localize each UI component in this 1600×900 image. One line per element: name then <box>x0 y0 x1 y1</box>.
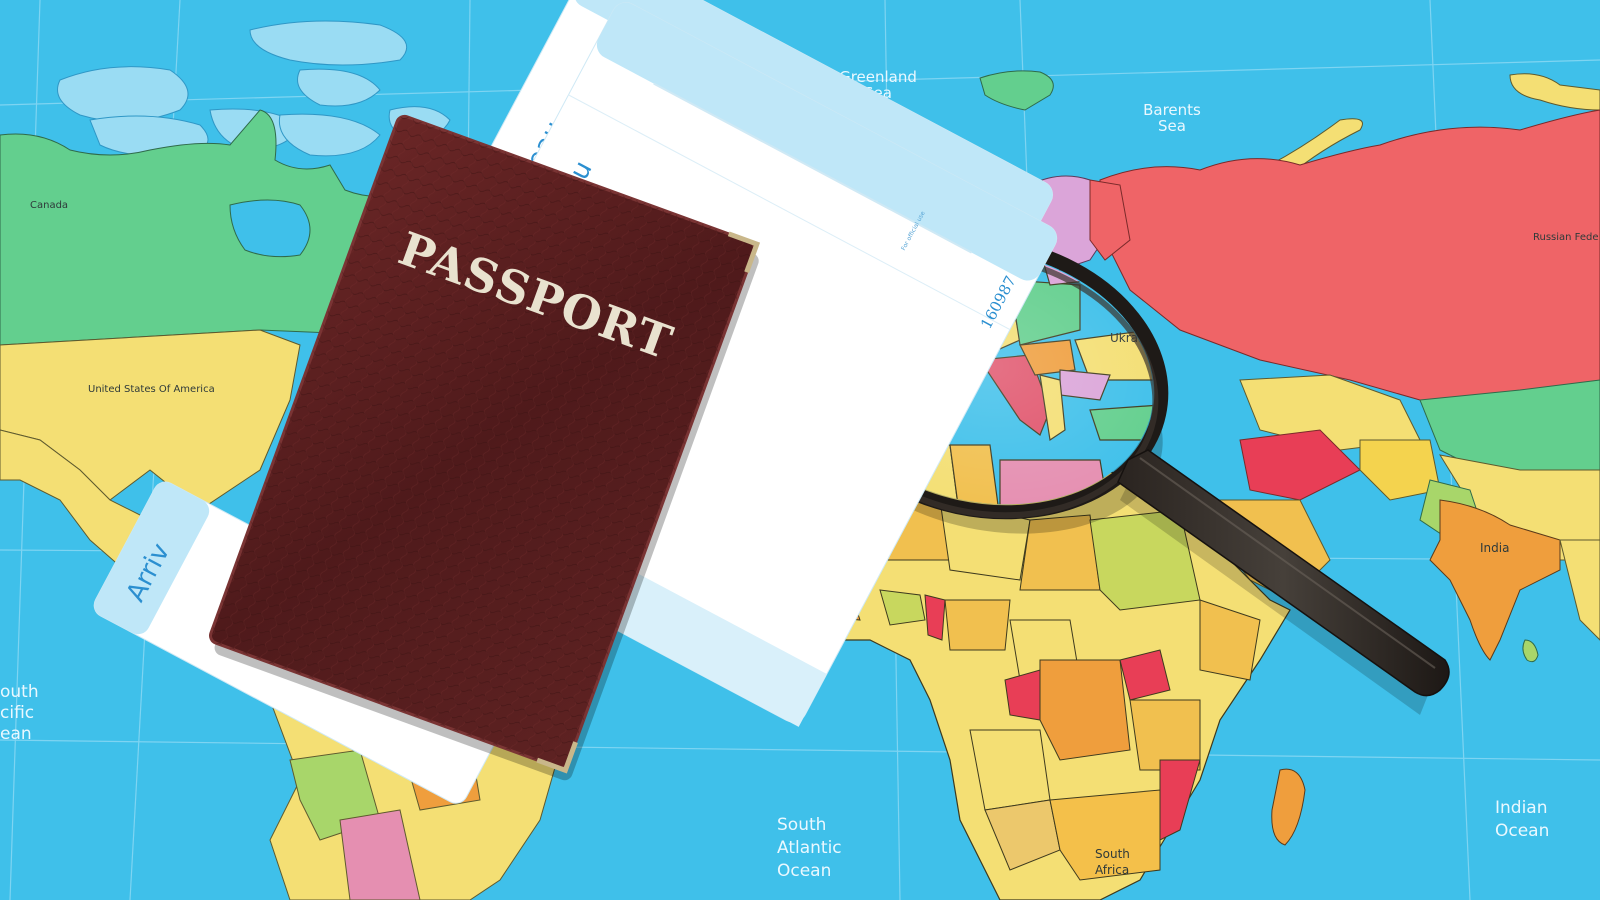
label-usa: United States Of America <box>88 384 215 395</box>
label-barents-sea-2: Sea <box>1158 117 1186 135</box>
label-south-atlantic-2: Atlantic <box>777 838 842 858</box>
label-canada: Canada <box>30 200 68 211</box>
label-russia: Russian Fede <box>1533 232 1599 243</box>
label-south-pacific: outh <box>0 682 39 702</box>
travel-photo-scene: Greenland Sea Barents Sea Norwegian Sea … <box>0 0 1600 900</box>
label-south-pacific-2: cific <box>0 703 34 723</box>
label-south-atlantic-3: Ocean <box>777 861 831 881</box>
label-south-africa-2: Africa <box>1095 863 1129 877</box>
label-south-atlantic: South <box>777 815 826 835</box>
label-indian-ocean-2: Ocean <box>1495 821 1549 841</box>
label-indian-ocean: Indian <box>1495 798 1548 818</box>
label-india: India <box>1480 541 1509 555</box>
label-south-africa: South <box>1095 847 1130 861</box>
label-south-pacific-3: ean <box>0 724 32 744</box>
